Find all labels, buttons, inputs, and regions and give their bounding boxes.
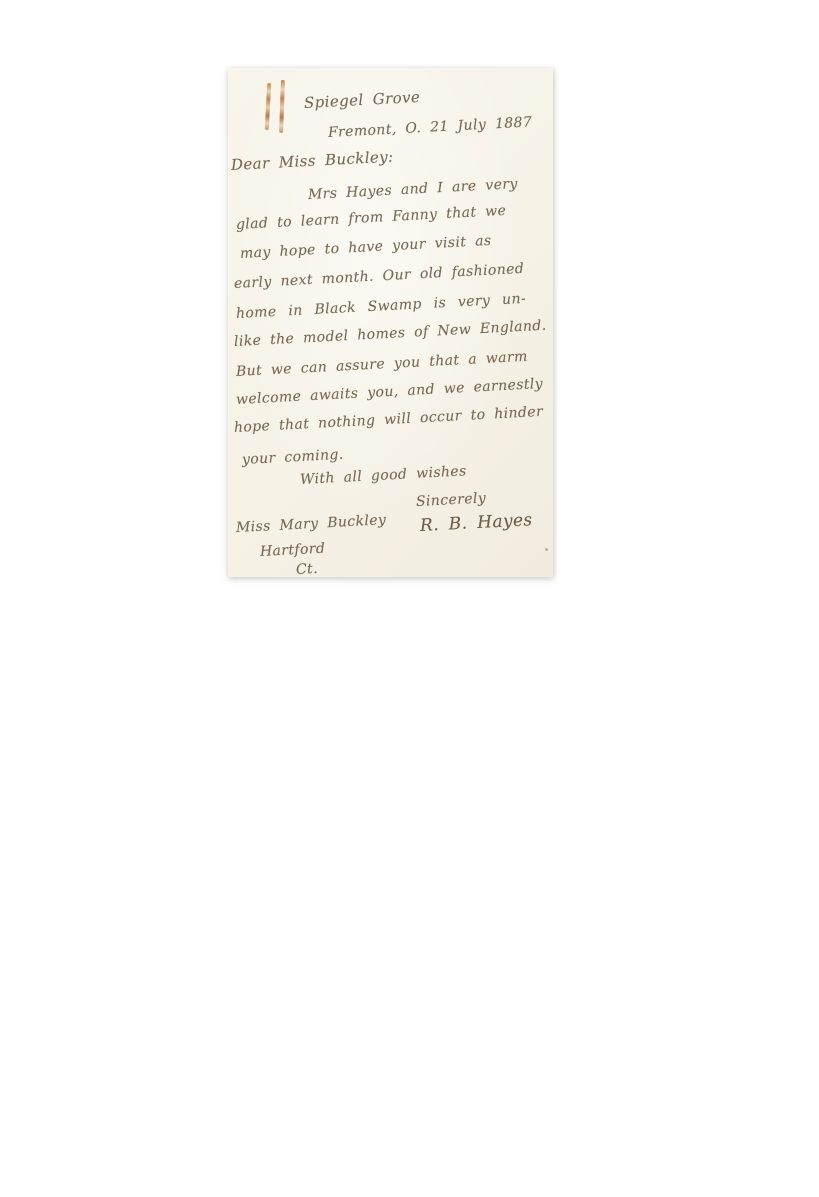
paper-speck [545, 548, 548, 551]
closing-valediction-line: Sincerely [416, 490, 487, 510]
heading-place-line: Spiegel Grove [304, 88, 421, 112]
heading-date-line: Fremont, O. 21 July 1887 [328, 114, 533, 141]
ink-stain-left [265, 83, 271, 130]
body-line: But we can assure you that a warm [236, 349, 529, 380]
letter-paper: Spiegel Grove Fremont, O. 21 July 1887 D… [228, 68, 553, 577]
body-line: like the model homes of New England. [234, 318, 547, 350]
ink-stain-right [279, 80, 285, 133]
body-line: Mrs Hayes and I are very [308, 176, 519, 203]
body-line: home in Black Swamp is very un- [236, 291, 527, 322]
body-line: may hope to have your visit as [240, 233, 492, 262]
body-line: hope that nothing will occur to hinder [234, 404, 544, 436]
closing-wishes-line: With all good wishes [300, 463, 467, 488]
address-state-line: Ct. [296, 561, 319, 578]
signature-line: R. B. Hayes [419, 510, 533, 536]
body-line: welcome awaits you, and we earnestly [236, 376, 544, 408]
salutation-line: Dear Miss Buckley: [231, 147, 394, 173]
address-name-line: Miss Mary Buckley [236, 512, 387, 536]
body-line: glad to learn from Fanny that we [236, 203, 507, 233]
body-line: early next month. Our old fashioned [234, 261, 525, 292]
address-city-line: Hartford [260, 541, 326, 560]
body-line: your coming. [242, 447, 344, 468]
photo-background: Spiegel Grove Fremont, O. 21 July 1887 D… [0, 0, 819, 1197]
